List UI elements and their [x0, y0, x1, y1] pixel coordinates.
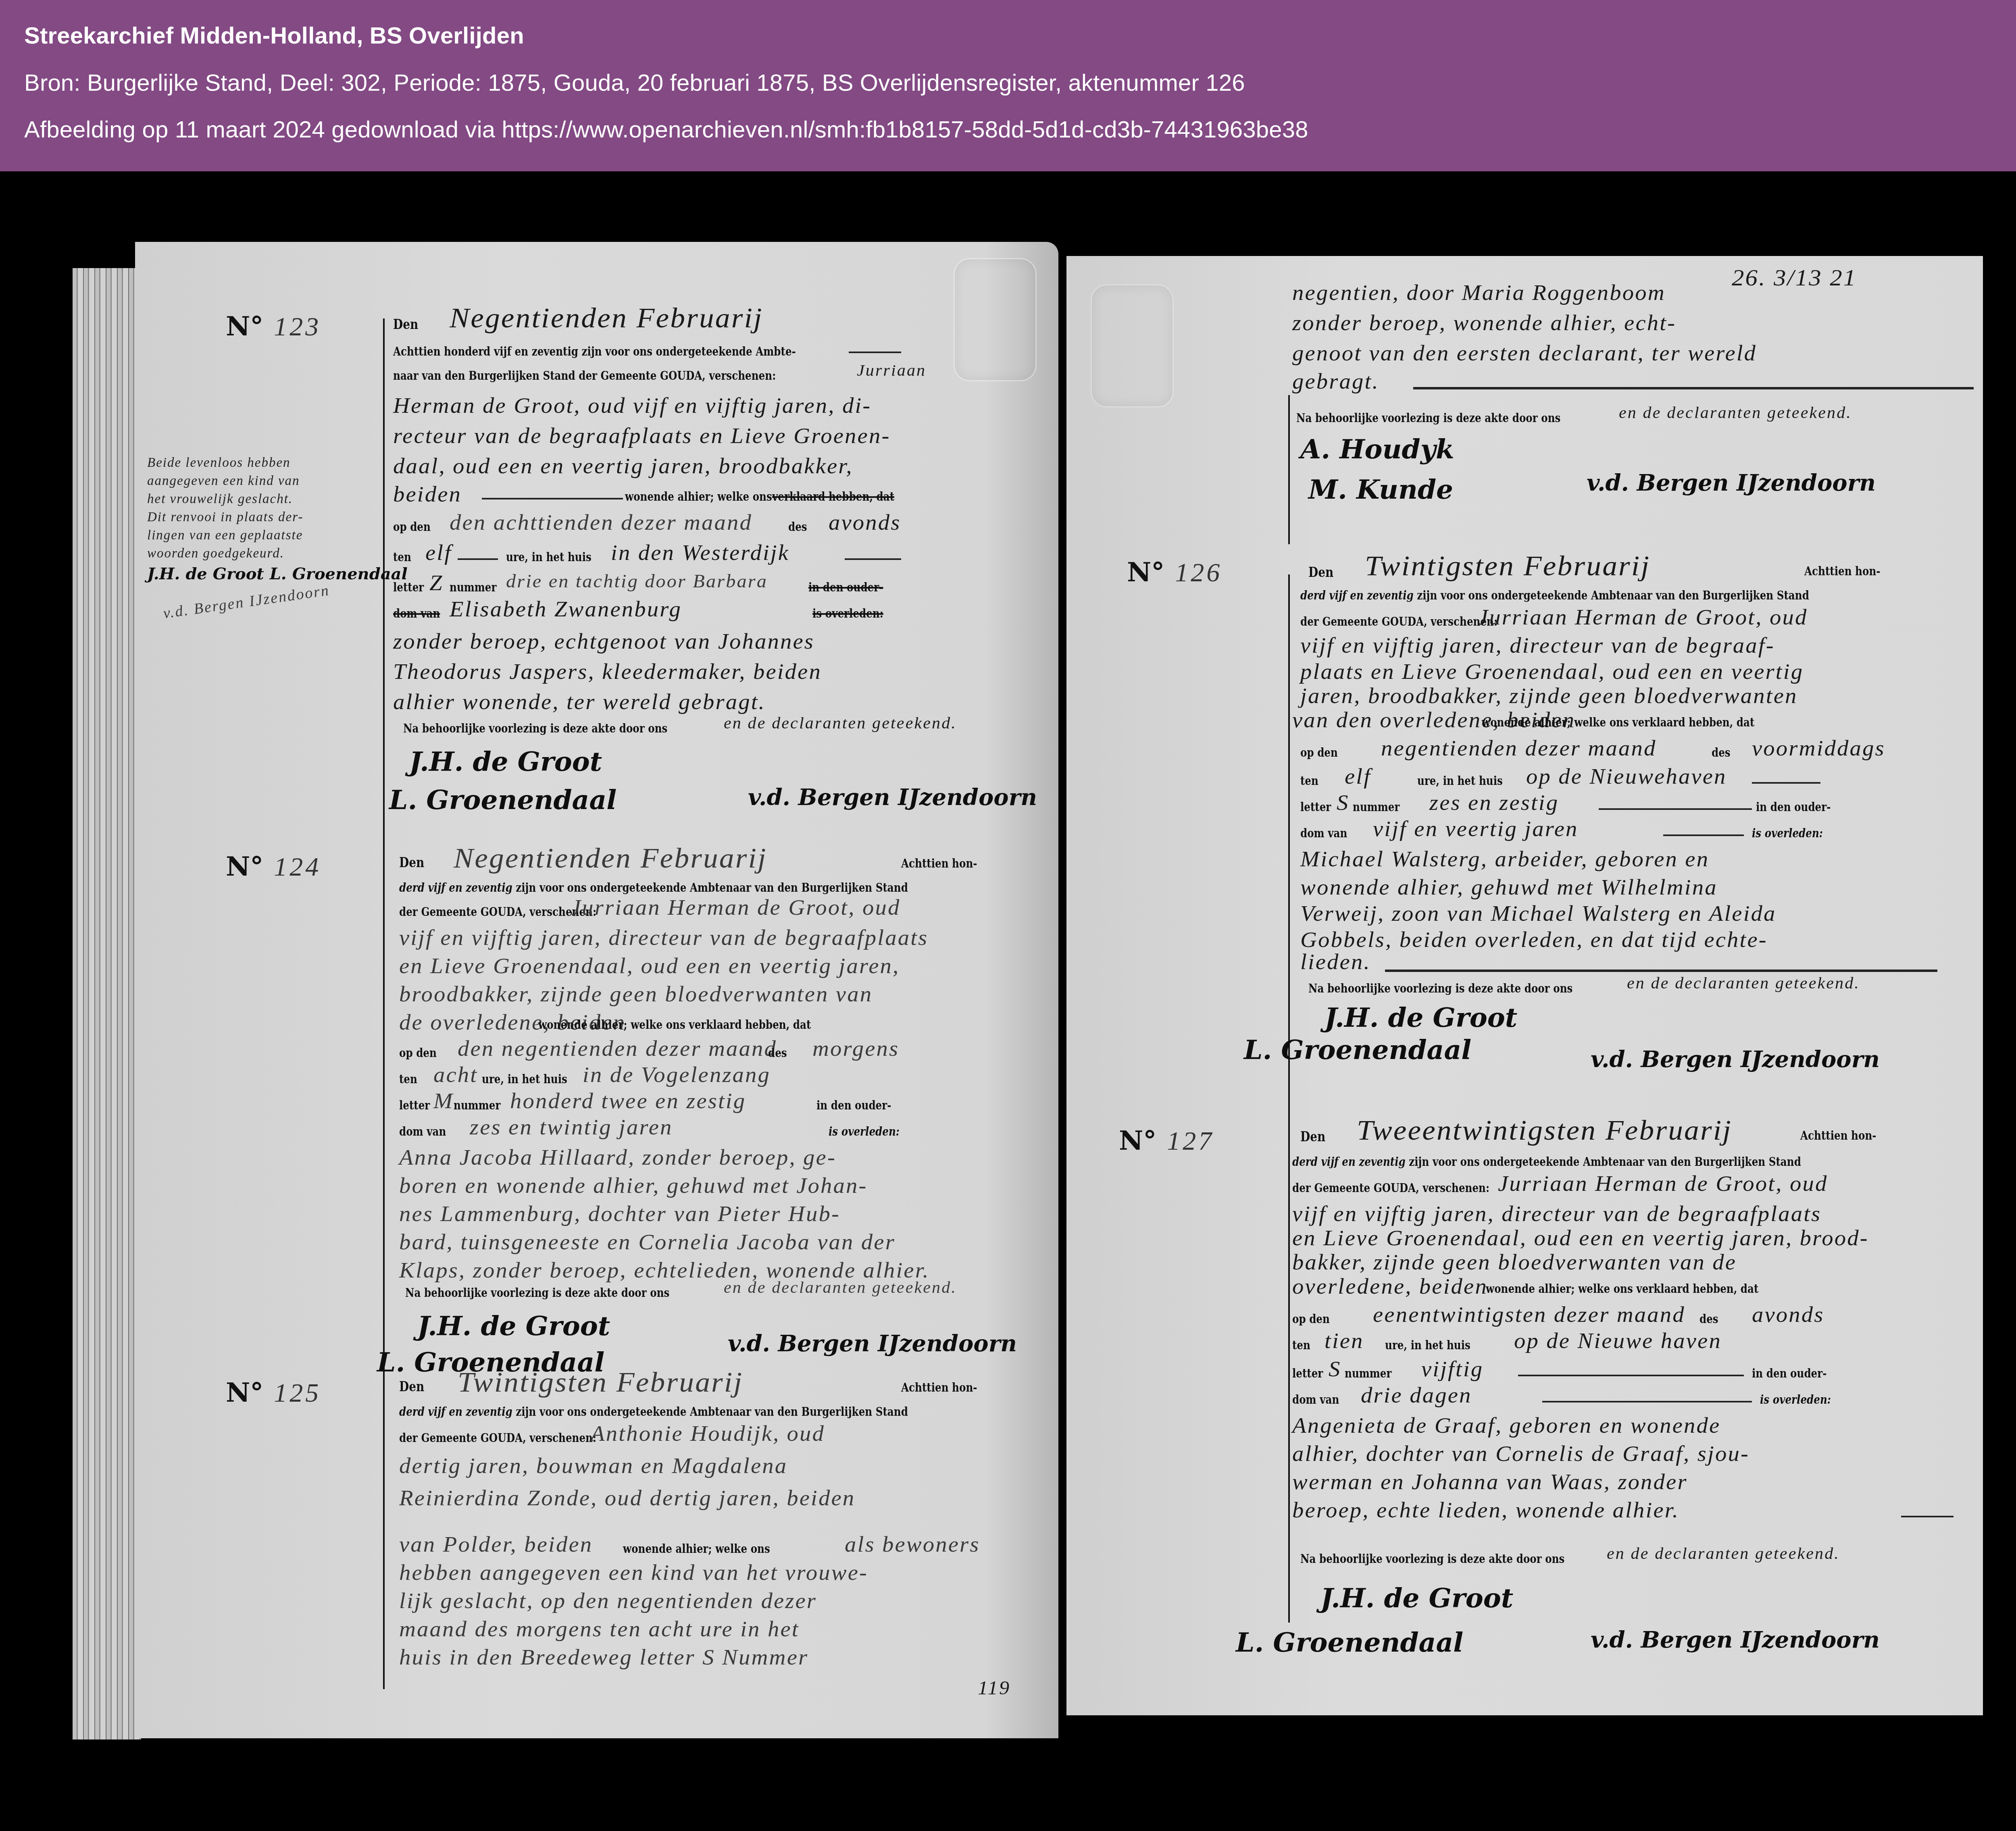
body-handwritten: zonder beroep, wonende alhier, echt- [1292, 310, 1676, 335]
declarant-handwritten: daal, oud een en veertig jaren, broodbak… [393, 454, 853, 479]
form-line: is overleden: [1752, 826, 1823, 841]
date-handwritten: Negentienden Februarij [450, 302, 763, 335]
struck-text: is overleden: [812, 607, 883, 621]
form-text: N° [1127, 556, 1164, 588]
form-line: nummer [450, 581, 496, 595]
body-handwritten: werman en Johanna van Waas, zonder [1292, 1469, 1688, 1494]
den-label: Den [399, 855, 424, 871]
closing-formula: Na behoorlijke voorlezing is deze akte d… [1308, 982, 1572, 996]
body-handwritten: lijk geslacht, op den negentienden dezer [399, 1588, 817, 1613]
declarant-handwritten: en Lieve Groenendaal, oud een en veertig… [399, 953, 900, 978]
form-line: derd vijf en zeventig zijn voor ons onde… [1292, 1155, 1801, 1169]
declarant-handwritten: Jurriaan Herman de Groot, oud [1478, 605, 1808, 630]
fill-dash [1599, 808, 1752, 810]
form-line: der Gemeente GOUDA, verschenen: [399, 905, 596, 919]
signature: L. Groenendaal [1236, 1627, 1463, 1658]
struck-text: in den ouder- [808, 581, 883, 595]
form-line: des [1712, 746, 1731, 760]
signature: v.d. Bergen IJzendoorn [1591, 1046, 1880, 1073]
signature: M. Kunde [1308, 474, 1453, 505]
form-text: derd vijf en zeventig [399, 881, 512, 895]
margin-note: aangegeven een kind van [147, 474, 300, 489]
date-handwritten: Twintigsten Februarij [1365, 550, 1650, 583]
house-number-handwritten: zes en zestig [1429, 790, 1559, 815]
entry-number: N°125 [226, 1377, 321, 1409]
declarant-handwritten: bakker, zijnde geen bloedverwanten van d… [1292, 1250, 1737, 1275]
form-text: 126 [1175, 558, 1222, 587]
declarant-handwritten: Jurriaan Herman de Groot, oud [1498, 1171, 1828, 1196]
hour-handwritten: tien [1325, 1328, 1364, 1353]
form-line: is overleden: [1760, 1393, 1831, 1407]
declarant-handwritten: Jurriaan [857, 361, 926, 380]
fill-dash [1901, 1516, 1954, 1517]
form-line: in den ouder- [1756, 800, 1831, 814]
form-line: derd vijf en zeventig zijn voor ons onde… [399, 881, 908, 895]
fill-dash [1518, 1375, 1744, 1376]
entry-number: N°123 [226, 310, 321, 342]
closing-formula: Na behoorlijke voorlezing is deze akte d… [1300, 1552, 1564, 1566]
form-line: Achttien hon- [1804, 564, 1881, 578]
house-number-handwritten: drie en tachtig door Barbara [506, 570, 768, 592]
form-text: N° [1119, 1125, 1156, 1156]
hour-handwritten: acht [433, 1062, 478, 1087]
date-of-death-handwritten: den negentienden dezer maand [458, 1036, 777, 1061]
form-text: derd vijf en zeventig [1292, 1155, 1406, 1169]
date-of-death-handwritten: den achttienden dezer maand [450, 510, 752, 535]
form-line: Achttien hon- [901, 1381, 977, 1395]
body-handwritten: lieden. [1300, 949, 1371, 974]
form-text: zijn voor ons ondergeteekende Ambtenaar … [516, 1405, 908, 1419]
time-of-day-handwritten: avonds [829, 510, 901, 535]
form-line: wonende alhier; welke ons [623, 1542, 770, 1556]
form-text: is overleden: [1760, 1393, 1831, 1407]
closing-formula: Na behoorlijke voorlezing is deze akte d… [403, 722, 667, 736]
closing-formula: Na behoorlijke voorlezing is deze akte d… [405, 1286, 669, 1300]
declarant-handwritten: Jurriaan Herman de Groot, oud [571, 895, 900, 920]
date-handwritten: Tweeentwintigsten Februarij [1357, 1115, 1732, 1147]
signature: L. Groenendaal [1244, 1034, 1471, 1065]
address-handwritten: op de Nieuwehaven [1526, 764, 1727, 789]
margin-note: Dit renvooi in plaats der- [147, 510, 303, 525]
struck-text: verklaard hebben, dat [772, 490, 894, 504]
declarant-handwritten: beiden [393, 482, 462, 507]
corner-annotation: 26. 3/13 21 [1732, 264, 1857, 291]
den-label: Den [1300, 1129, 1325, 1145]
date-of-death-handwritten: eenentwintigsten dezer maand [1373, 1302, 1685, 1327]
fill-dash [1413, 387, 1974, 389]
form-line: op den [1292, 1312, 1330, 1326]
form-text: is overleden: [829, 1125, 900, 1139]
right-page: 26. 3/13 21 negentien, door Maria Roggen… [1066, 256, 1983, 1715]
form-line: der Gemeente GOUDA, verschenen: [1300, 615, 1497, 629]
form-text: is overleden: [1752, 826, 1823, 841]
signature: J.H. de Groot [1325, 1002, 1517, 1033]
fill-dash [1542, 1401, 1752, 1402]
form-text: derd vijf en zeventig [399, 1405, 512, 1419]
declarant-handwritten: Reinierdina Zonde, oud dertig jaren, bei… [399, 1486, 855, 1511]
form-line: in den ouder- [1752, 1367, 1826, 1381]
banner-download-link[interactable]: Afbeelding op 11 maart 2024 gedownload v… [24, 116, 1308, 143]
house-number-handwritten: vijftig [1421, 1357, 1483, 1382]
body-handwritten: zonder beroep, echtgenoot van Johannes [393, 629, 814, 654]
time-of-day-handwritten: voormiddags [1752, 736, 1885, 761]
body-handwritten: gebragt. [1292, 369, 1379, 394]
form-line: ten [1300, 774, 1318, 788]
form-line: der Gemeente GOUDA, verschenen: [1292, 1181, 1489, 1195]
signature: J.H. de Groot [417, 1310, 610, 1342]
fill-dash [845, 558, 901, 560]
fill-dash [1663, 834, 1744, 836]
letter-handwritten: S [1337, 790, 1350, 815]
form-line: wonende alhier; welke ons verklaard hebb… [1482, 716, 1754, 730]
age-handwritten: vijf en veertig jaren [1373, 816, 1579, 841]
form-text: N° [226, 310, 263, 342]
signature: A. Houdyk [1300, 433, 1454, 465]
signature: J.H. de Groot [409, 746, 602, 777]
book-gutter [1058, 226, 1066, 1742]
body-handwritten: negentien, door Maria Roggenboom [1292, 280, 1666, 305]
body-handwritten: Angenieta de Graaf, geboren en wonende [1292, 1413, 1720, 1438]
form-line: is overleden: [829, 1125, 900, 1139]
form-text: zijn voor ons ondergeteekende Ambtenaar … [1409, 1155, 1801, 1169]
closing-handwritten: en de declaranten geteekend. [1627, 974, 1860, 992]
form-text: 124 [274, 852, 321, 882]
form-line: des [768, 1046, 787, 1060]
body-handwritten: Theodorus Jaspers, kleedermaker, beiden [393, 659, 822, 684]
form-line: nummer [1353, 800, 1400, 814]
declarant-handwritten: van Polder, beiden [399, 1532, 593, 1557]
column-rule [383, 318, 385, 1689]
date-handwritten: Negentienden Februarij [454, 843, 767, 875]
signature: v.d. Bergen IJzendoorn [728, 1330, 1017, 1357]
body-handwritten: maand des morgens ten acht ure in het [399, 1617, 800, 1642]
closing-handwritten: en de declaranten geteekend. [1607, 1544, 1840, 1563]
form-text: N° [226, 851, 263, 882]
form-line: derd vijf en zeventig zijn voor ons onde… [399, 1405, 908, 1419]
form-line: letter [1292, 1367, 1323, 1381]
body-handwritten: alhier, dochter van Cornelis de Graaf, s… [1292, 1441, 1749, 1466]
embossed-seal [1091, 284, 1174, 408]
form-text: N° [226, 1377, 263, 1408]
form-line: op den [393, 520, 431, 534]
form-line: wonende alhier; welke ons verklaard hebb… [538, 1018, 811, 1032]
declarant-handwritten: plaats en Lieve Groenendaal, oud een en … [1300, 659, 1804, 684]
margin-note: woorden goedgekeurd. [147, 546, 284, 561]
address-handwritten: in den Westerdijk [611, 540, 789, 565]
form-line: ure, in het huis [506, 550, 591, 564]
form-text: 123 [274, 312, 321, 341]
form-line: Achttien hon- [901, 857, 977, 871]
fill-dash [849, 352, 901, 353]
column-rule [1288, 395, 1290, 544]
form-line: naar van den Burgerlijken Stand der Geme… [393, 369, 776, 383]
struck-text: dom van [393, 607, 440, 621]
declarant-handwritten: jaren, broodbakker, zijnde geen bloedver… [1300, 683, 1798, 708]
form-line: nummer [454, 1099, 500, 1113]
form-line: der Gemeente GOUDA, verschenen: [399, 1431, 596, 1445]
body-handwritten: Verweij, zoon van Michael Walsterg en Al… [1300, 901, 1776, 926]
form-line: ure, in het huis [1385, 1338, 1470, 1352]
embossed-seal [954, 258, 1037, 381]
den-label: Den [1308, 564, 1333, 581]
body-handwritten: Gobbels, beiden overleden, en dat tijd e… [1300, 927, 1768, 952]
form-line: ten [399, 1072, 417, 1086]
form-line: des [1699, 1312, 1718, 1326]
body-handwritten: bard, tuinsgeneeste en Cornelia Jacoba v… [399, 1230, 896, 1255]
catchword-number: 119 [978, 1677, 1010, 1699]
entry-number: N°127 [1119, 1125, 1214, 1157]
page-stack-edges [73, 268, 141, 1739]
form-line: in den ouder- [816, 1099, 891, 1113]
form-text: zijn voor ons ondergeteekende Ambtenaar … [516, 881, 908, 895]
form-line: letter [399, 1099, 430, 1113]
form-line: nummer [1345, 1367, 1391, 1381]
age-handwritten: drie dagen [1361, 1383, 1472, 1408]
deceased-name-handwritten: Elisabeth Zwanenburg [450, 597, 682, 622]
fill-dash [1385, 970, 1937, 972]
fill-dash [458, 558, 498, 560]
form-line: ten [393, 550, 411, 564]
den-label: Den [399, 1379, 424, 1395]
handwritten-insert: als bewoners [845, 1532, 980, 1557]
body-handwritten: genoot van den eersten declarant, ter we… [1292, 341, 1757, 366]
left-page: N°123 Den Negentienden Februarij Achttie… [135, 242, 1058, 1738]
house-number-handwritten: honderd twee en zestig [510, 1088, 746, 1113]
signature: v.d. Bergen IJzendoorn [1591, 1627, 1880, 1653]
body-handwritten: nes Lammenburg, dochter van Pieter Hub- [399, 1201, 840, 1226]
declarant-handwritten: Herman de Groot, oud vijf en vijftig jar… [393, 393, 871, 418]
date-handwritten: Twintigsten Februarij [458, 1367, 743, 1399]
source-banner: Streekarchief Midden-Holland, BS Overlij… [0, 0, 2016, 171]
form-text: 125 [274, 1378, 321, 1408]
age-handwritten: zes en twintig jaren [470, 1115, 673, 1140]
body-handwritten: alhier wonende, ter wereld gebragt. [393, 689, 766, 714]
body-handwritten: hebben aangegeven een kind van het vrouw… [399, 1560, 868, 1585]
body-handwritten: Michael Walsterg, arbeider, geboren en [1300, 847, 1709, 872]
date-of-death-handwritten: negentienden dezer maand [1381, 736, 1656, 761]
entry-number: N°126 [1127, 556, 1222, 588]
body-handwritten: huis in den Breedeweg letter S Nummer [399, 1645, 808, 1670]
form-line: dom van [1292, 1393, 1339, 1407]
body-handwritten: Anna Jacoba Hillaard, zonder beroep, ge- [399, 1145, 836, 1170]
form-text: zijn voor ons ondergeteekende Ambtenaar … [1417, 589, 1809, 603]
margin-note: Beide levenloos hebben [147, 456, 291, 470]
form-line: ure, in het huis [482, 1072, 567, 1086]
declarant-handwritten: recteur van de begraafplaats en Lieve Gr… [393, 423, 890, 448]
hour-handwritten: elf [1345, 764, 1371, 789]
margin-note: lingen van een geplaatste [147, 528, 303, 543]
declarant-handwritten: overledene, beiden [1292, 1274, 1488, 1299]
declarant-handwritten: vijf en vijftig jaren, directeur van de … [1300, 633, 1775, 658]
declarant-handwritten: en Lieve Groenendaal, oud een en veertig… [1292, 1226, 1869, 1250]
form-line: des [788, 520, 807, 534]
signature: v.d. Bergen IJzendoorn [748, 784, 1037, 811]
time-of-day-handwritten: avonds [1752, 1302, 1824, 1327]
form-line: Achttien honderd vijf en zeventig zijn v… [393, 345, 796, 359]
body-handwritten: wonende alhier, gehuwd met Wilhelmina [1300, 875, 1718, 900]
form-line: derd vijf en zeventig zijn voor ons onde… [1300, 589, 1809, 603]
letter-handwritten: M [433, 1088, 454, 1113]
letter-handwritten: Z [429, 570, 444, 595]
declarant-handwritten: vijf en vijftig jaren, directeur van de … [399, 925, 928, 950]
entry-number: N°124 [226, 851, 321, 882]
address-handwritten: op de Nieuwe haven [1514, 1328, 1722, 1353]
time-of-day-handwritten: morgens [812, 1036, 899, 1061]
form-line: op den [1300, 746, 1338, 760]
form-line: Achttien hon- [1800, 1129, 1876, 1143]
form-line: ten [1292, 1338, 1310, 1352]
form-line: dom van [1300, 826, 1347, 841]
column-rule [1288, 574, 1290, 1623]
den-label: Den [393, 316, 418, 333]
banner-source: Bron: Burgerlijke Stand, Deel: 302, Peri… [24, 69, 1245, 96]
closing-handwritten: en de declaranten geteekend. [1619, 403, 1852, 422]
signature: L. Groenendaal [389, 784, 616, 816]
form-line: dom van [399, 1125, 446, 1139]
banner-title: Streekarchief Midden-Holland, BS Overlij… [24, 22, 524, 49]
closing-handwritten: en de declaranten geteekend. [724, 1278, 957, 1297]
signature: v.d. Bergen IJzendoorn [1587, 470, 1876, 496]
closing-handwritten: en de declaranten geteekend. [724, 714, 957, 732]
form-line: ure, in het huis [1417, 774, 1503, 788]
form-text: 127 [1167, 1126, 1214, 1156]
form-line: letter [1300, 800, 1331, 814]
margin-signature: J.H. de Groot L. Groenendaal [147, 564, 408, 583]
margin-signature: v.d. Bergen IJzendoorn [162, 581, 331, 622]
fill-dash [1752, 782, 1820, 784]
closing-formula: Na behoorlijke voorlezing is deze akte d… [1296, 411, 1560, 425]
letter-handwritten: S [1329, 1357, 1341, 1382]
form-line: op den [399, 1046, 437, 1060]
declarant-handwritten: dertig jaren, bouwman en Magdalena [399, 1453, 787, 1478]
declarant-handwritten: Anthonie Houdijk, oud [591, 1421, 825, 1446]
form-text: derd vijf en zeventig [1300, 589, 1414, 603]
form-line: wonende alhier; welke ons [625, 490, 772, 504]
hour-handwritten: elf [425, 540, 452, 565]
declarant-handwritten: vijf en vijftig jaren, directeur van de … [1292, 1201, 1821, 1226]
declarant-handwritten: broodbakker, zijnde geen bloedverwanten … [399, 982, 873, 1007]
fill-dash [482, 498, 623, 499]
signature: J.H. de Groot [1320, 1582, 1513, 1614]
margin-note: het vrouwelijk geslacht. [147, 492, 293, 507]
address-handwritten: in de Vogelenzang [583, 1062, 771, 1087]
form-line: wonende alhier; welke ons verklaard hebb… [1486, 1282, 1758, 1296]
body-handwritten: beroep, echte lieden, wonende alhier. [1292, 1498, 1679, 1523]
body-handwritten: boren en wonende alhier, gehuwd met Joha… [399, 1173, 868, 1198]
